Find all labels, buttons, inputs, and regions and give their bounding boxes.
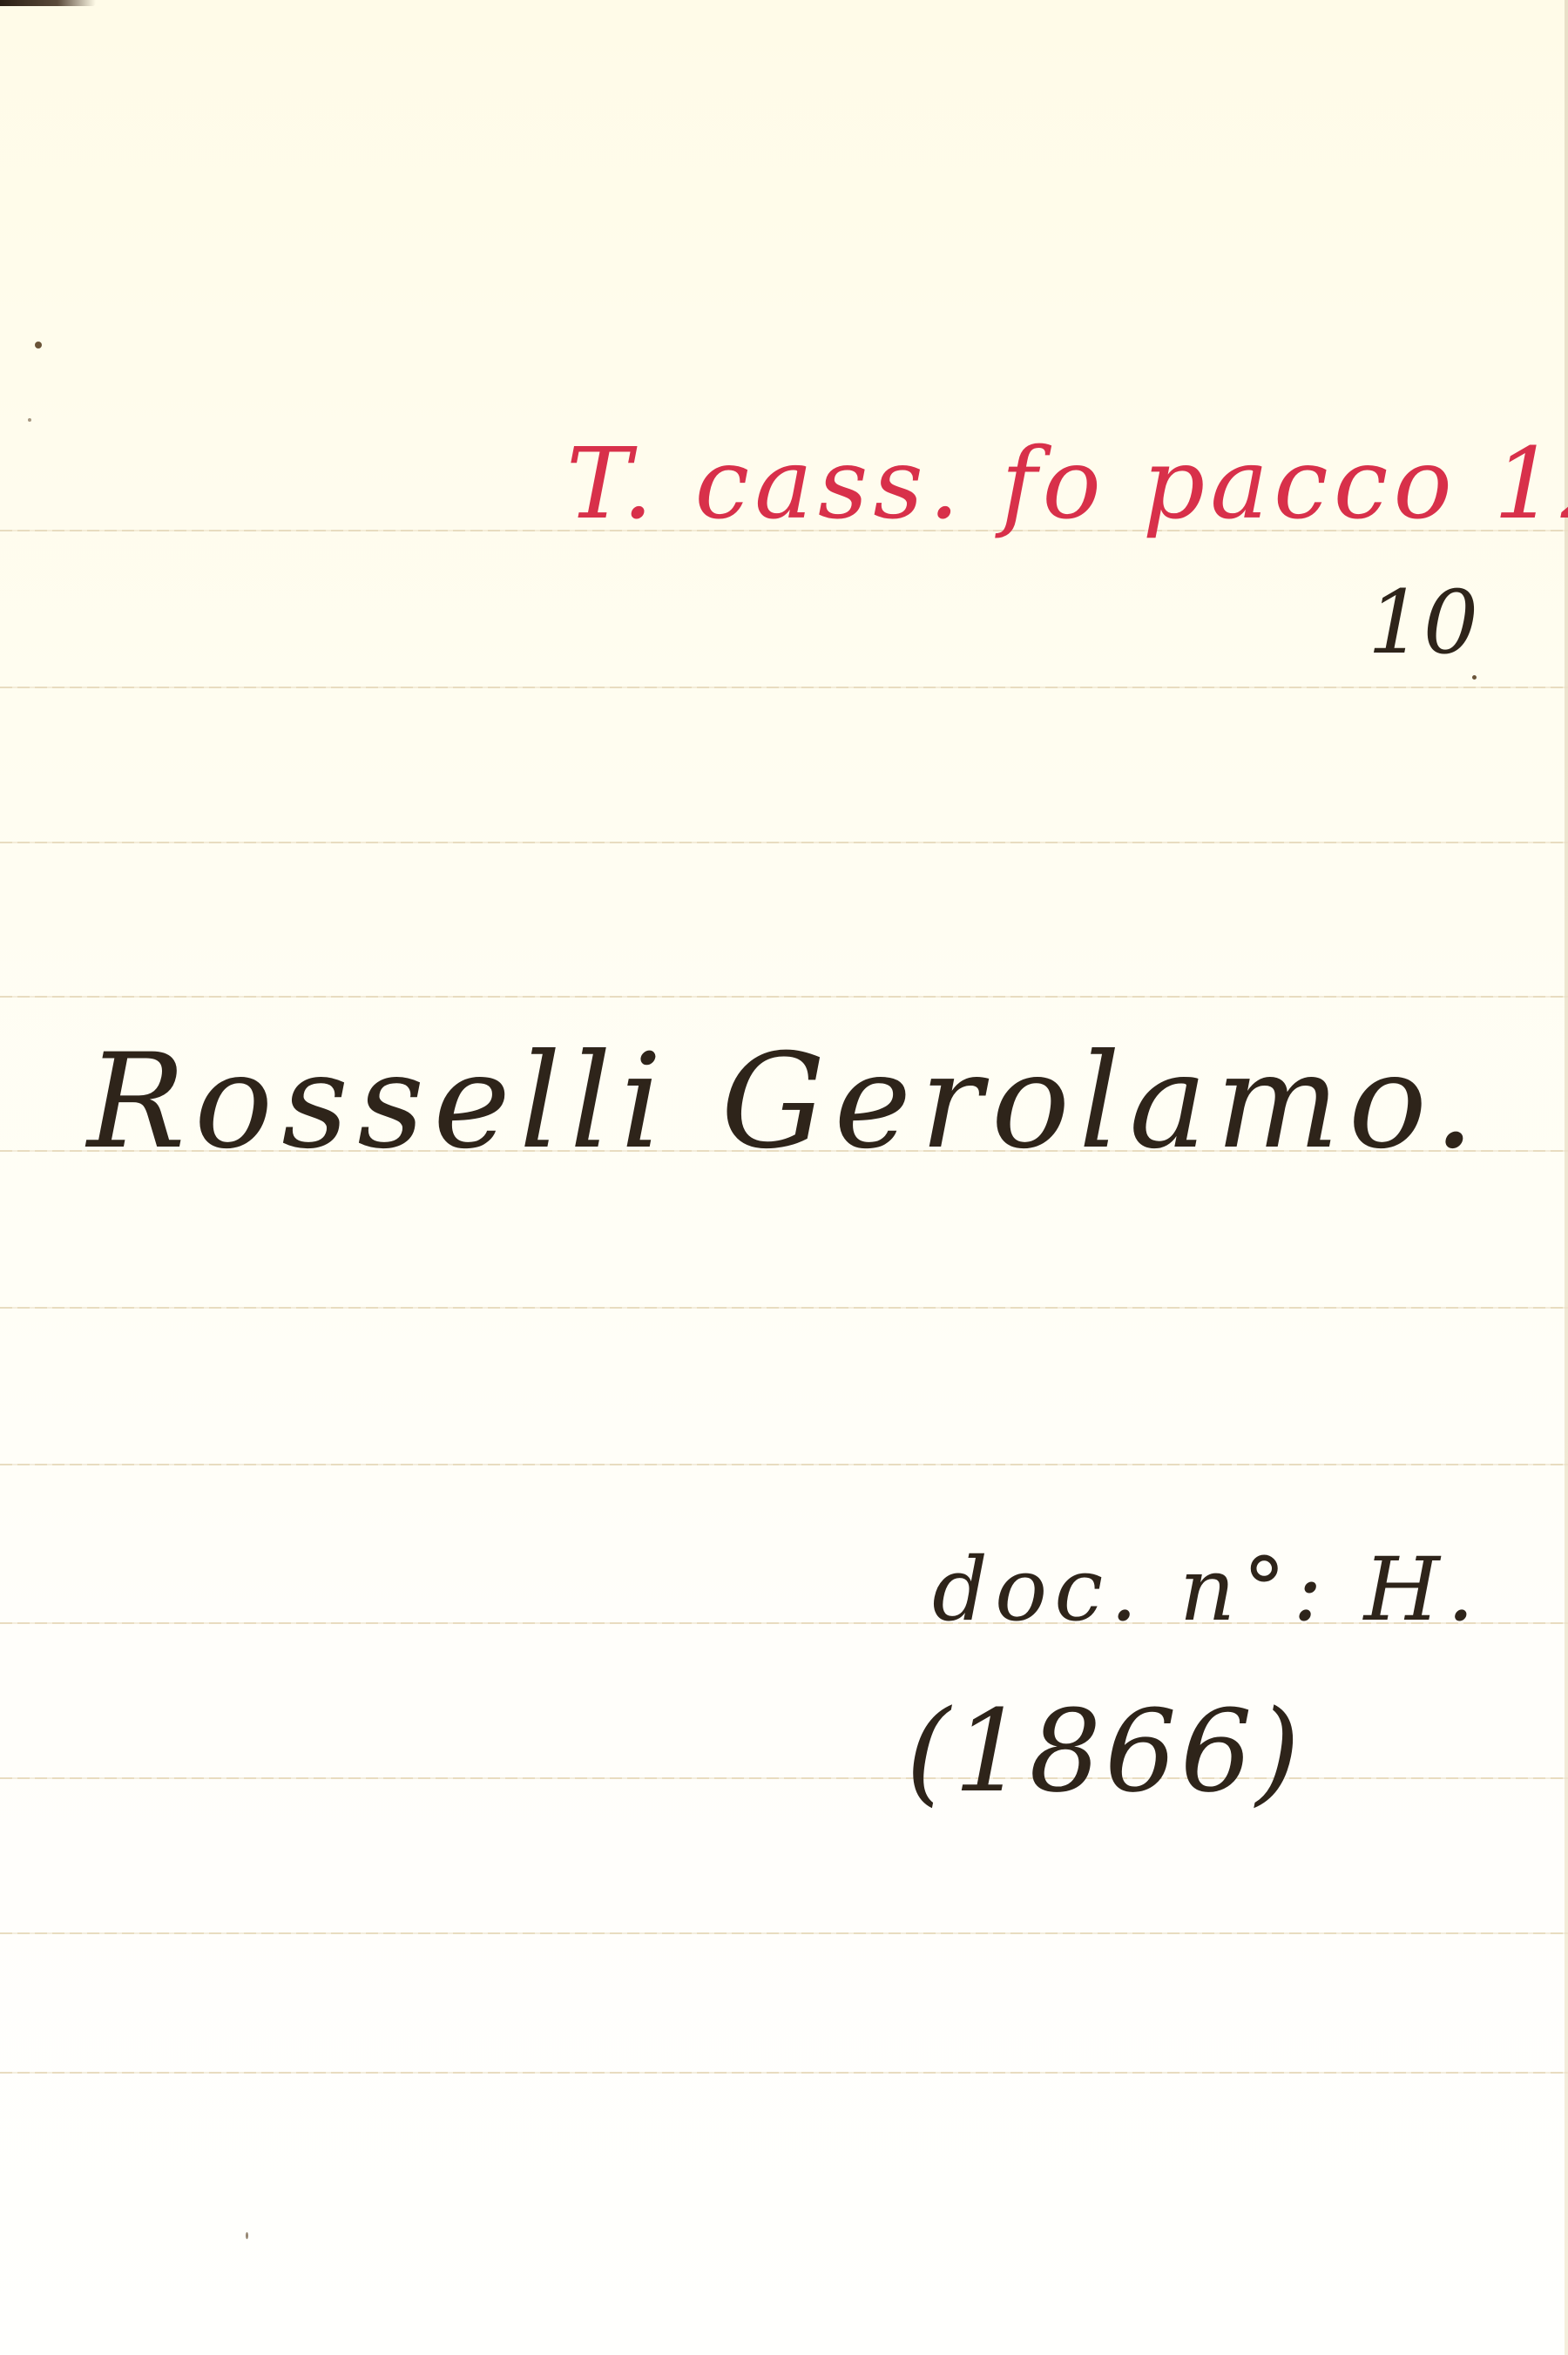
paper-speck [1472, 675, 1477, 680]
paper-speck [246, 2232, 248, 2239]
card-right-edge [1565, 0, 1568, 2355]
archive-reference: T. cass. fo pacco 125. [566, 436, 1568, 533]
ruled-line [0, 1307, 1568, 1309]
ruled-line [0, 687, 1568, 688]
paper-speck [28, 418, 31, 422]
ruled-line [0, 1932, 1568, 1934]
ruled-line [0, 1464, 1568, 1465]
document-number: doc. n°: H. [932, 1546, 1482, 1634]
person-name: Rosselli Gerolamo. [87, 1037, 1484, 1167]
scan-shadow-edge [0, 0, 96, 6]
sub-number: 10 [1368, 579, 1478, 667]
ruled-line [0, 1777, 1568, 1779]
index-card: T. cass. fo pacco 125. 10 Rosselli Gerol… [0, 0, 1568, 2355]
ruled-line [0, 996, 1568, 998]
paper-speck [35, 342, 42, 349]
document-year: (1866) [906, 1695, 1303, 1808]
ruled-line [0, 2072, 1568, 2074]
ruled-line [0, 842, 1568, 843]
